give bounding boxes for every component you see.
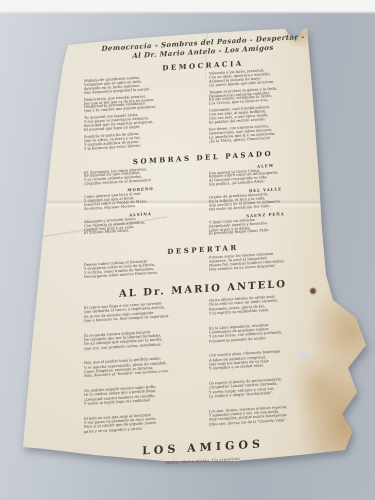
stanza-column: Frescas auras los vientos renuevanAmanec… [209,250,322,275]
stanza: MORENOComo aparece una boca al marY alum… [84,183,197,211]
stanza: SAENZ PEÑAY llegó como un salvador,Respe… [209,209,322,237]
stanza: Frescas auras los vientos renuevanAmanec… [209,250,322,272]
stanza-columns: Mañana de grandiosos sueños,Vislumbre qu… [84,66,322,155]
stanza: DEL VALLEOrador de grandiosa elocuencia,… [209,184,322,212]
stanza: Él recuerda vuestra antigua bizarríaDe c… [84,327,197,351]
stanza: Los que, firmes, vuestras órdenes espera… [209,402,322,426]
stanza-column: Hacia alturas teñidas de nítido azul,Da … [209,292,322,437]
poem-section-democracia: DEMOCRACIAMañana de grandiosos sueños,Vi… [84,54,322,155]
stanza: ALEMFue apóstol la Unión Cívica,Romero a… [209,159,322,187]
stanza-column: Volverán a los lazos, juventud,Con su id… [209,66,322,147]
poem-section-sombras: SOMBRAS DEL PASADOEl, Sarmiento, los vim… [84,145,322,247]
stanza-columns: El, Sarmiento, los vimos gloriosos,Se in… [84,157,322,247]
stanza: Con vuestra alma, rebosante homenajeA la… [209,347,322,371]
stanza: Eso deseo, con urgencia sincera,Generaci… [209,122,322,144]
stanza: Os espera el puesto de portaestandarte,¡… [209,375,322,399]
stanza: Sombría el santo fin de gloria,Que tu al… [84,129,197,151]
stanza-columns: El rumor que llega a vos como un torrent… [84,292,322,444]
stanza: ALSINAAbnegado y previsión honor,Con val… [84,208,197,236]
stanza: Hoy, que el pueblo toma la perdida senda… [84,355,197,379]
stanza: Densas nubes cubrían el horizonteY avanz… [84,258,197,280]
sections: DEMOCRACIAMañana de grandiosos sueños,Vi… [84,54,322,444]
document-content: Democracia - Sombras del Pasado - Desper… [84,32,322,470]
stanza: Hacia alturas teñidas de nítido azul,Da … [209,292,322,316]
stanza: El rumor que llega a vos como un torrent… [84,299,197,323]
stanza: No podréis negarle vuestro sabio brillo,… [84,382,197,406]
stanza: El león no sois que ruge al horizonteY s… [84,410,197,434]
poem-section-antelo: AL Dr. MARIO ANTELOEl rumor que llega a … [84,277,322,444]
stanza-column: El, Sarmiento, los vimos gloriosos,Se in… [84,165,197,248]
stanza-column: ALEMFue apóstol la Unión Cívica,Romero a… [209,157,322,240]
stanza: En la Lima legendaria, revoltosaCondicio… [209,319,322,343]
stanza-column: El rumor que llega a vos como un torrent… [84,299,197,444]
stanza-column: Densas nubes cubrían el horizonteY avanz… [84,258,197,283]
stanza-column: Mañana de grandiosos sueños,Vislumbre qu… [84,73,197,154]
photo-background: Democracia - Sombras del Pasado - Desper… [0,0,375,500]
